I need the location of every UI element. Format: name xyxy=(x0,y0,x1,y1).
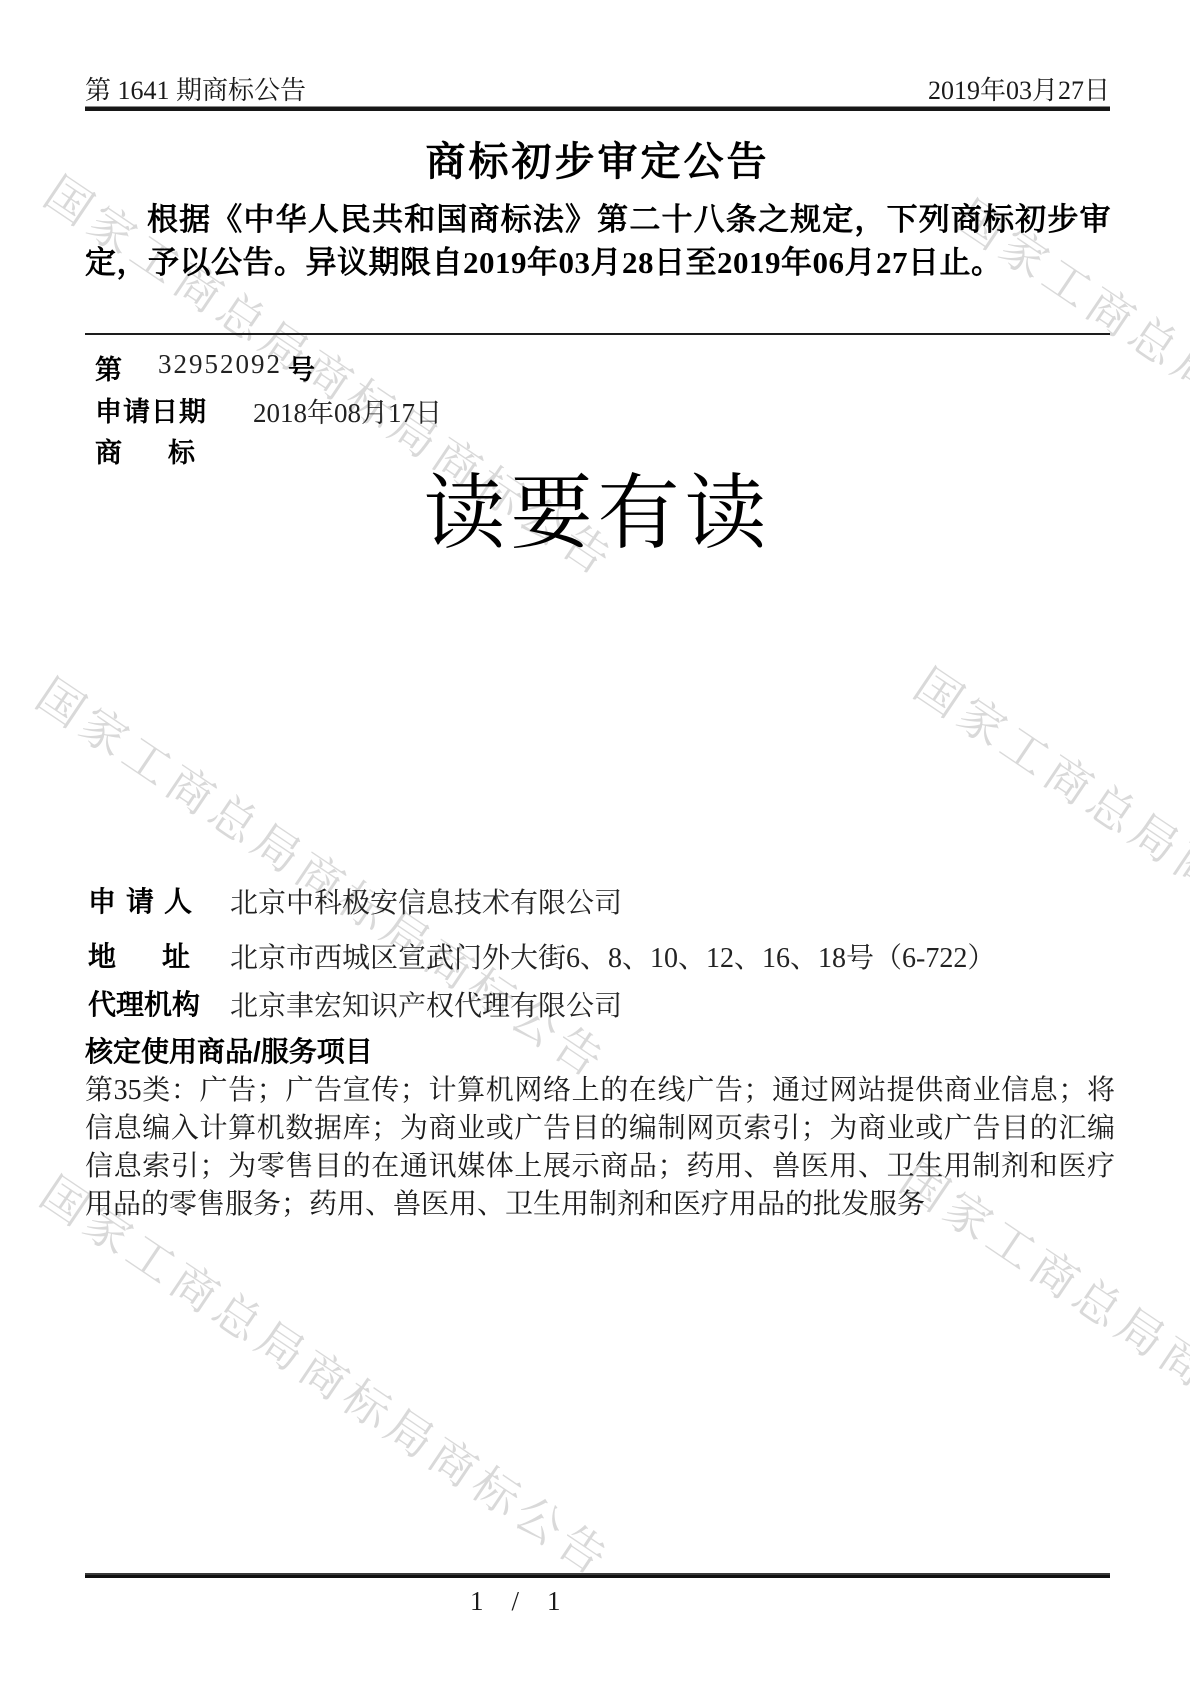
page-title: 商标初步审定公告 xyxy=(85,130,1110,187)
footer-rule xyxy=(85,1573,1110,1578)
number-suffix-label: 号 xyxy=(288,348,315,387)
application-date-value: 2018年08月17日 xyxy=(253,391,442,430)
trademark-mark-text: 读要有读 xyxy=(85,448,1110,565)
watermark-text: 国家工商总局商标局商标公告 xyxy=(25,660,622,1093)
page-header: 第 1641 期商标公告 2019年03月27日 xyxy=(85,70,1110,107)
application-date-label: 申请日期 xyxy=(95,390,207,429)
agency-value: 北京聿宏知识产权代理有限公司 xyxy=(230,984,622,1024)
gazette-date: 2019年03月27日 xyxy=(928,70,1110,107)
agency-label: 代理机构 xyxy=(88,983,200,1023)
applicant-label: 申请人 xyxy=(88,880,202,920)
address-label: 地址 xyxy=(88,935,236,975)
application-date-row: 申请日期 2018年08月17日 xyxy=(0,390,1190,422)
page-number-separator: / xyxy=(512,1586,520,1617)
header-rule xyxy=(85,106,1110,111)
gazette-issue-label: 第 1641 期商标公告 xyxy=(85,70,306,107)
agency-row: 代理机构 北京聿宏知识产权代理有限公司 xyxy=(0,983,1190,1017)
section-divider xyxy=(85,333,1110,335)
page-number-current: 1 xyxy=(470,1586,484,1617)
address-row: 地址 北京市西城区宣武门外大街6、8、10、12、16、18号（6-722） xyxy=(0,935,1190,969)
services-class-text: 第35类：广告；广告宣传；计算机网络上的在线广告；通过网站提供商业信息；将信息编… xyxy=(85,1072,1115,1224)
applicant-value: 北京中科极安信息技术有限公司 xyxy=(230,881,622,921)
page-number-total: 1 xyxy=(547,1586,561,1617)
watermark-text: 国家工商总局商标局商标公告 xyxy=(903,650,1190,1083)
applicant-row: 申请人 北京中科极安信息技术有限公司 xyxy=(0,880,1190,914)
address-value: 北京市西城区宣武门外大街6、8、10、12、16、18号（6-722） xyxy=(230,936,995,976)
services-heading: 核定使用商品/服务项目 xyxy=(85,1030,373,1070)
intro-paragraph: 根据《中华人民共和国商标法》第二十八条之规定，下列商标初步审定，予以公告。异议期… xyxy=(85,198,1111,284)
trademark-number-value: 32952092 xyxy=(158,349,282,380)
page-number: 1 / 1 xyxy=(470,1586,561,1617)
trademark-number-row: 第 32952092 号 xyxy=(0,348,1190,380)
number-prefix-label: 第 xyxy=(95,348,122,387)
